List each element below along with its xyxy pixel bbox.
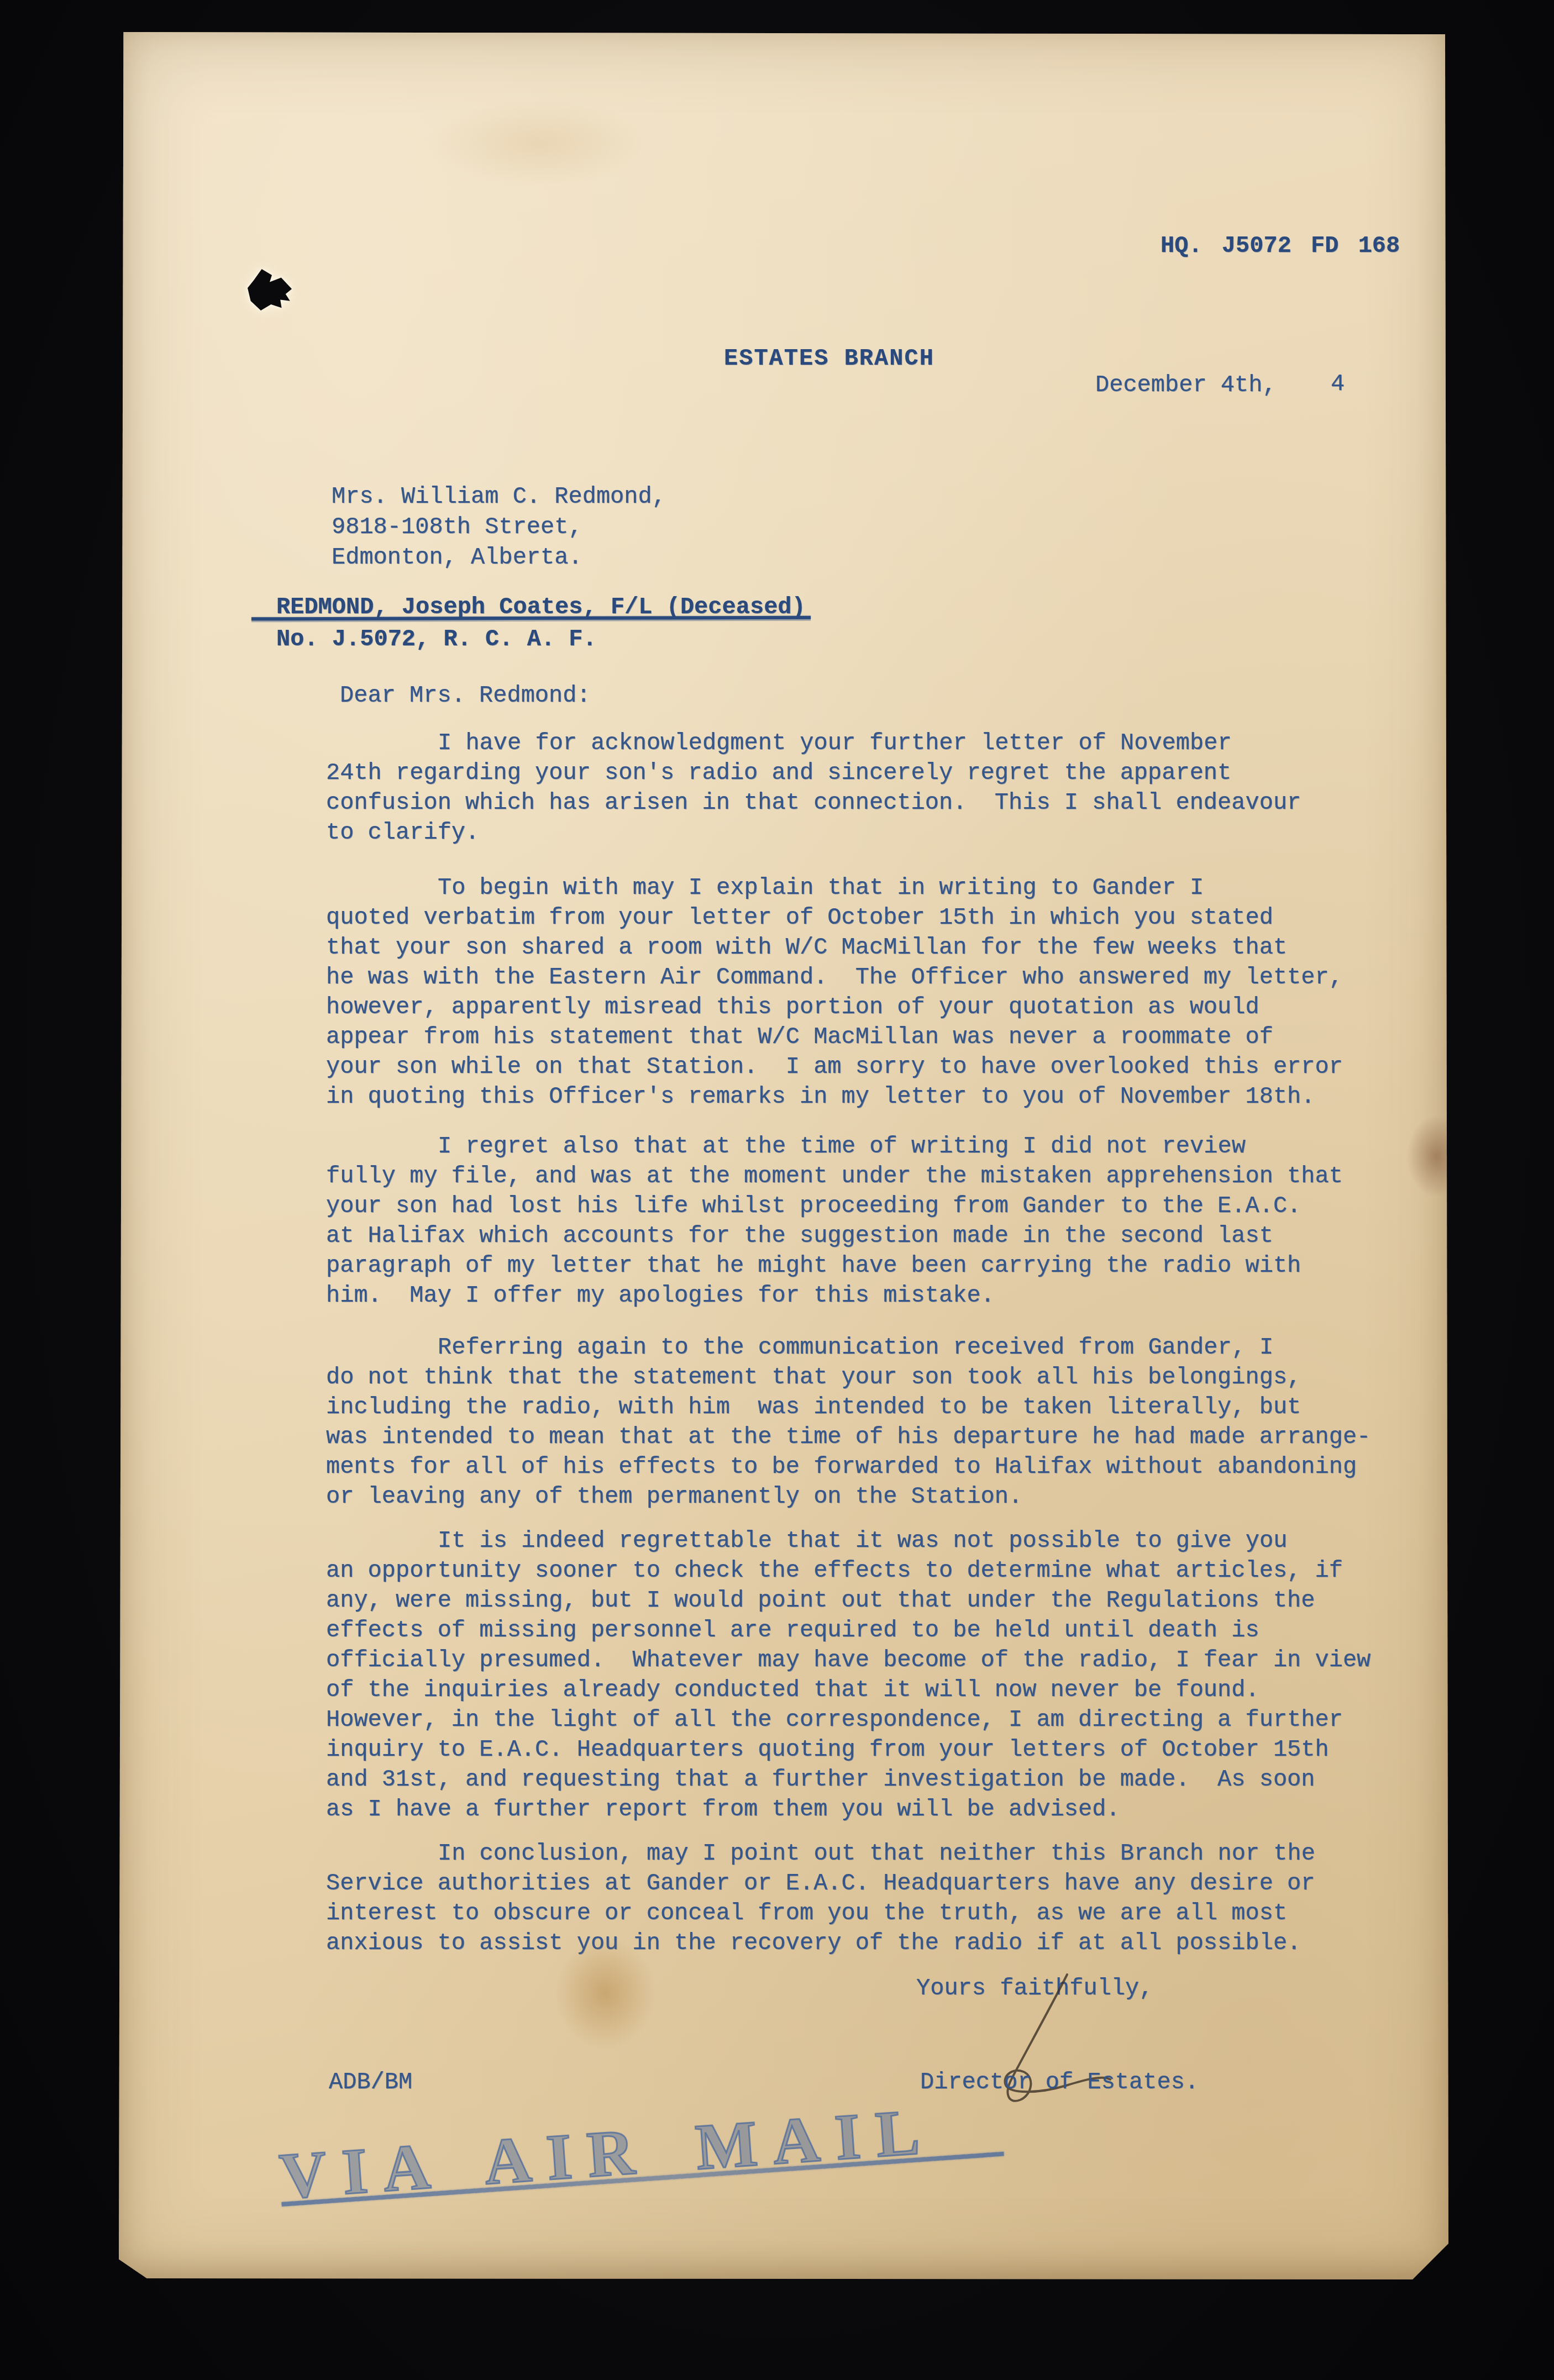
airmail-stamp-text: VIA AIR MAIL — [277, 2093, 1015, 2210]
body-paragraph-6: In conclusion, may I point out that neit… — [326, 1839, 1315, 1958]
file-reference: HQ. J5072 FD 168 — [1161, 231, 1400, 261]
body-paragraph-1: I have for acknowledgment your further l… — [326, 728, 1301, 847]
branch-heading: ESTATES BRANCH — [724, 344, 935, 373]
paper-stain — [428, 98, 649, 187]
signer-title: Director of Estates. — [920, 2067, 1199, 2097]
date-year-digit: 4 — [1331, 369, 1345, 399]
body-paragraph-3: I regret also that at the time of writin… — [326, 1131, 1343, 1310]
airmail-stamp: VIA AIR MAIL — [277, 2093, 1015, 2207]
service-number-line: No. J.5072, R. C. A. F. — [276, 624, 597, 654]
letter-page: HQ. J5072 FD 168 ESTATES BRANCH December… — [119, 32, 1448, 2279]
recipient-address: Mrs. William C. Redmond, 9818-108th Stre… — [332, 482, 666, 573]
paper-hole-shape — [248, 269, 292, 312]
paper-stain — [555, 1938, 655, 2049]
typist-initials: ADB/BM — [329, 2067, 412, 2097]
paper-hole — [239, 261, 300, 320]
body-paragraph-2: To begin with may I explain that in writ… — [326, 873, 1343, 1112]
body-paragraph-4: Referring again to the communication rec… — [326, 1333, 1371, 1512]
body-paragraph-5: It is indeed regrettable that it was not… — [326, 1526, 1371, 1824]
salutation: Dear Mrs. Redmond: — [340, 681, 591, 710]
date-line: December 4th, — [1095, 370, 1277, 400]
